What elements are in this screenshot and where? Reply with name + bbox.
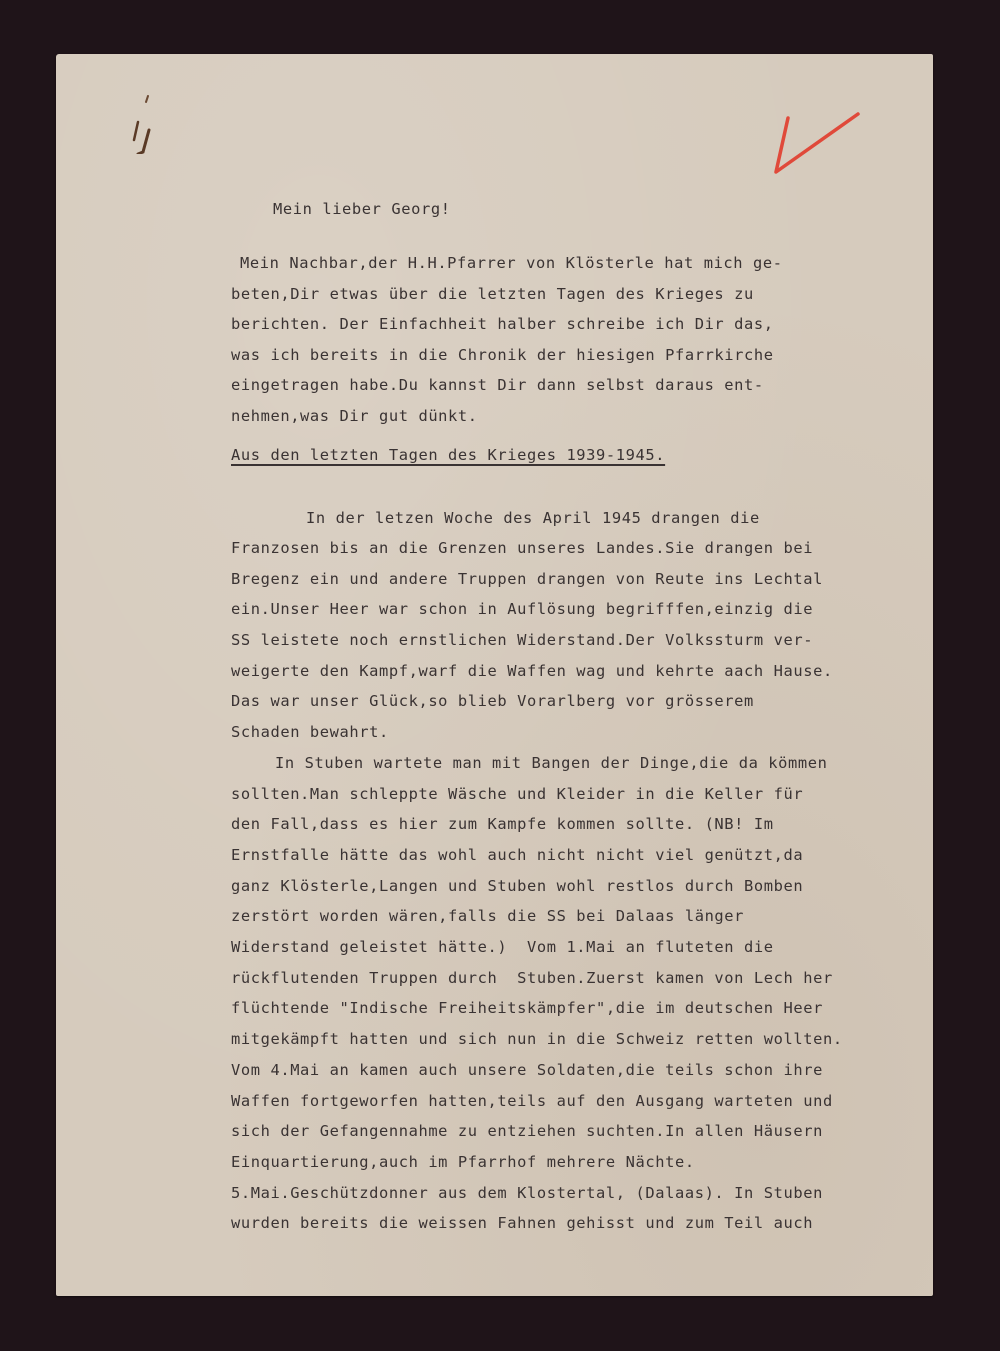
paragraph-line: Vom 4.Mai an kamen auch unsere Soldaten,… <box>231 1063 823 1078</box>
paragraph-line: ein.Unser Heer war schon in Auflösung be… <box>231 602 813 617</box>
paragraph-line: Schaden bewahrt. <box>231 725 389 740</box>
intro-line: berichten. Der Einfachheit halber schrei… <box>231 317 774 332</box>
paragraph-line: Bregenz ein und andere Truppen drangen v… <box>231 572 823 587</box>
salutation: Mein lieber Georg! <box>273 202 451 217</box>
paragraph-line: Franzosen bis an die Grenzen unseres Lan… <box>231 541 813 556</box>
paragraph-line: rückflutenden Truppen durch Stuben.Zuers… <box>231 971 833 986</box>
paragraph-line: den Fall,dass es hier zum Kampfe kommen … <box>231 817 774 832</box>
paragraph-line: zerstört worden wären,falls die SS bei D… <box>231 909 744 924</box>
paragraph-line: In Stuben wartete man mit Bangen der Din… <box>275 756 828 771</box>
paragraph-line: Einquartierung,auch im Pfarrhof mehrere … <box>231 1155 695 1170</box>
paragraph-line: weigerte den Kampf,warf die Waffen wag u… <box>231 664 833 679</box>
paragraph-line: In der letzen Woche des April 1945 drang… <box>306 511 760 526</box>
intro-line: nehmen,was Dir gut dünkt. <box>231 409 478 424</box>
paragraph-line: wurden bereits die weissen Fahnen gehiss… <box>231 1216 813 1231</box>
paragraph-line: Waffen fortgeworfen hatten,teils auf den… <box>231 1094 833 1109</box>
paragraph-line: sollten.Man schleppte Wäsche und Kleider… <box>231 787 803 802</box>
intro-line: was ich bereits in die Chronik der hiesi… <box>231 348 774 363</box>
paragraph-line: ganz Klösterle,Langen und Stuben wohl re… <box>231 879 803 894</box>
typewritten-letter-page: Mein lieber Georg! Mein Nachbar,der H.H.… <box>56 54 933 1296</box>
pencil-stroke-icon <box>124 94 164 154</box>
paragraph-line: Ernstfalle hätte das wohl auch nicht nic… <box>231 848 803 863</box>
red-checkmark-icon <box>772 110 862 180</box>
paragraph-line: SS leistete noch ernstlichen Widerstand.… <box>231 633 813 648</box>
paragraph-line: flüchtende "Indische Freiheitskämpfer",d… <box>231 1001 823 1016</box>
paragraph-line: mitgekämpft hatten und sich nun in die S… <box>231 1032 843 1047</box>
intro-line: beten,Dir etwas über die letzten Tagen d… <box>231 287 754 302</box>
section-heading: Aus den letzten Tagen des Krieges 1939-1… <box>231 448 665 463</box>
intro-line: Mein Nachbar,der H.H.Pfarrer von Klöster… <box>240 256 783 271</box>
paragraph-line: sich der Gefangennahme zu entziehen such… <box>231 1124 823 1139</box>
paragraph-line: Das war unser Glück,so blieb Vorarlberg … <box>231 694 754 709</box>
paragraph-line: Widerstand geleistet hätte.) Vom 1.Mai a… <box>231 940 774 955</box>
paragraph-line: 5.Mai.Geschützdonner aus dem Klostertal,… <box>231 1186 823 1201</box>
intro-line: eingetragen habe.Du kannst Dir dann selb… <box>231 378 764 393</box>
